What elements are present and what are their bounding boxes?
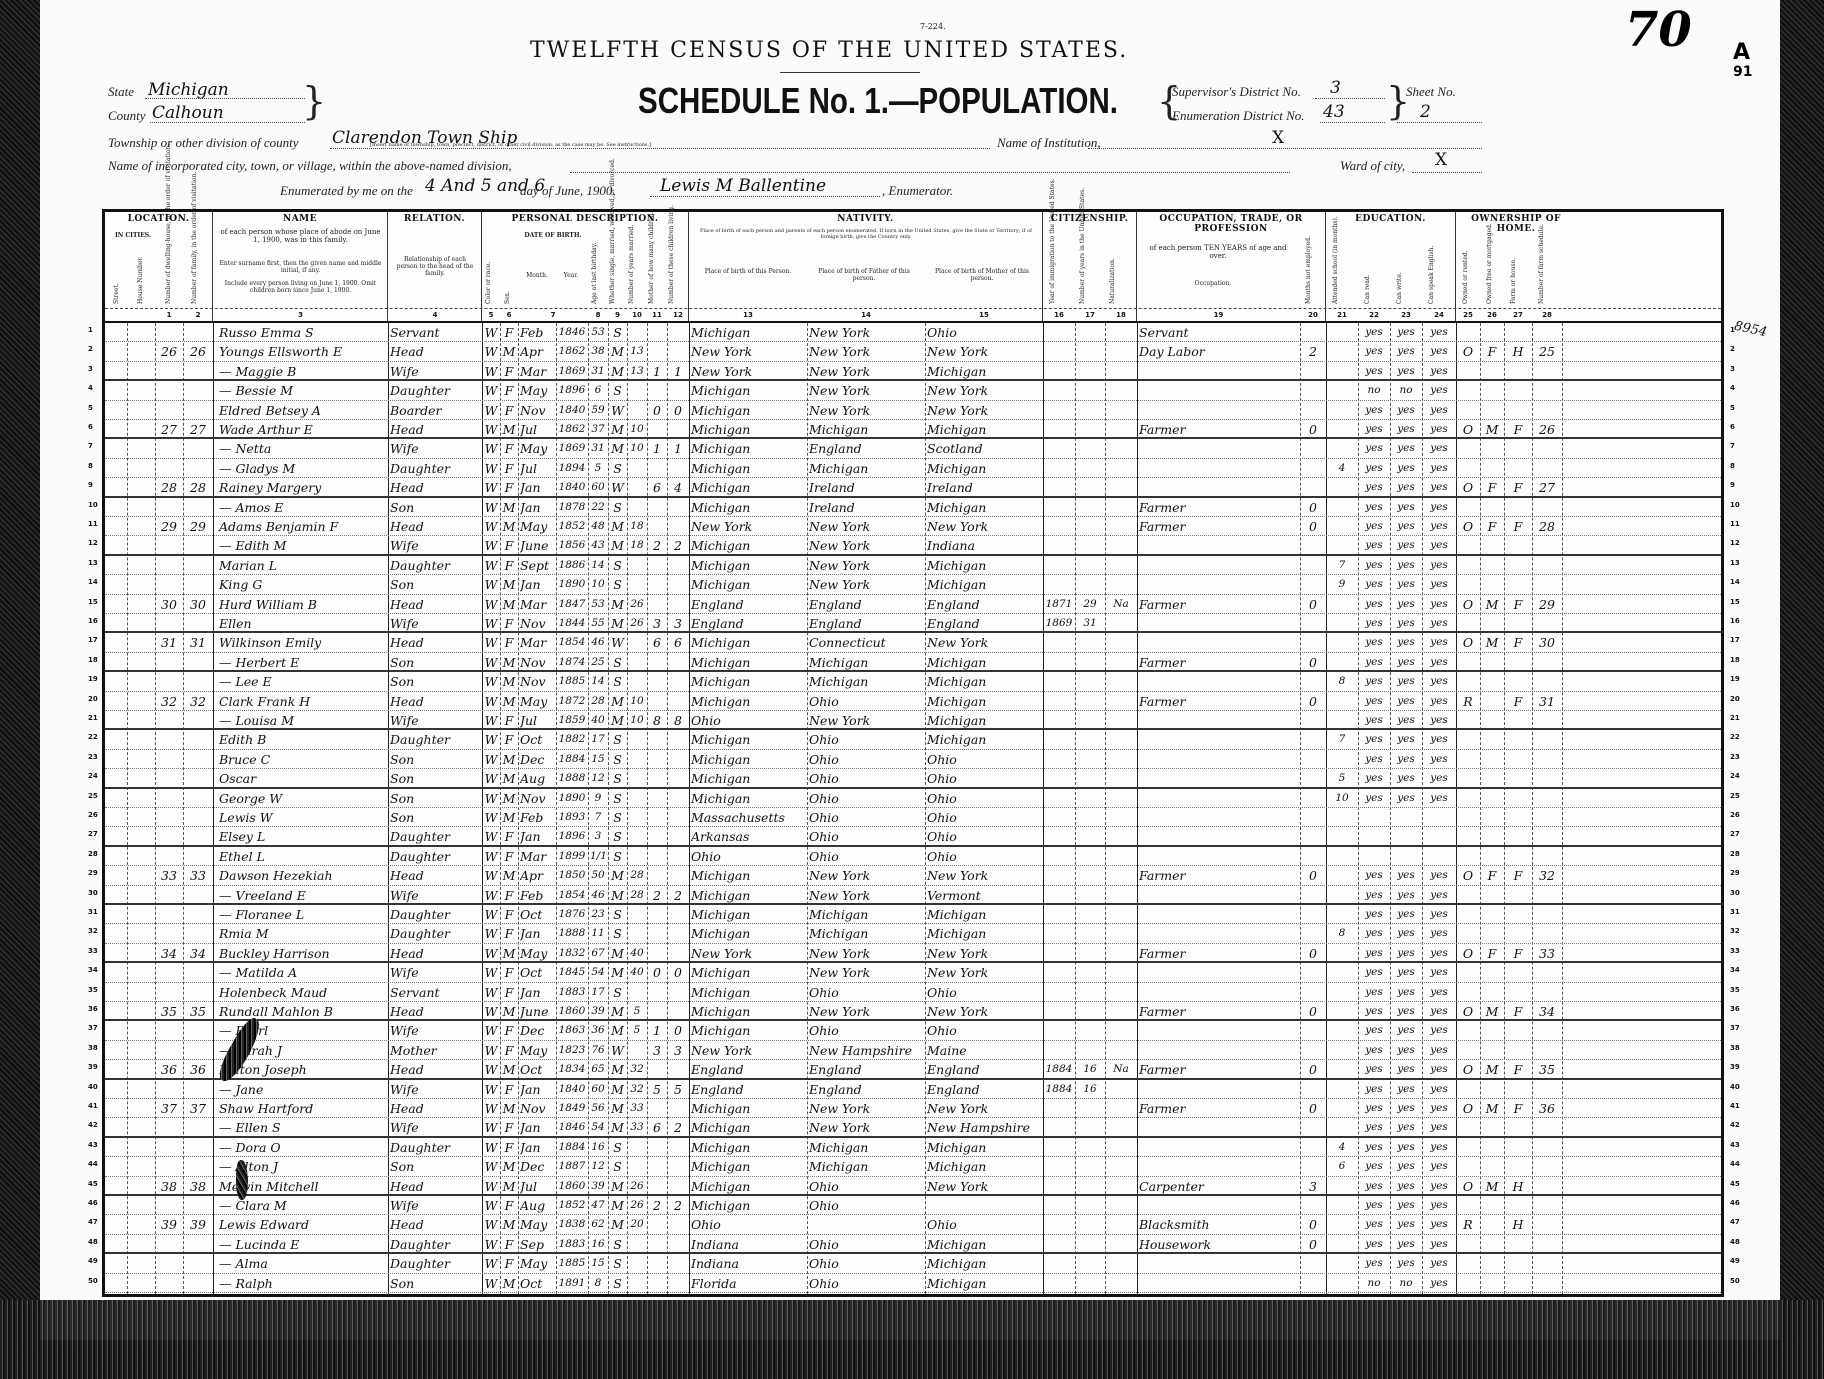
- farm-schedule-number: [1534, 711, 1560, 730]
- dwelling-number: [157, 614, 181, 633]
- years-in-us: [1077, 924, 1103, 943]
- can-speak-english: yes: [1424, 866, 1454, 885]
- dwelling-number: [157, 808, 181, 827]
- relation: Head: [390, 420, 480, 439]
- family-number: [185, 575, 211, 594]
- state-county-brace: }: [302, 82, 326, 120]
- ink-blot: [236, 1160, 248, 1200]
- free-mortgaged: F: [1482, 944, 1502, 963]
- immigration-year: [1045, 1118, 1073, 1137]
- ed-label: Enumeration District No.: [1172, 108, 1305, 124]
- can-speak-english: yes: [1424, 789, 1454, 808]
- birthplace-mother: Michigan: [927, 498, 1041, 517]
- birth-month: Nov: [520, 401, 554, 420]
- owned-rented: [1458, 963, 1478, 982]
- mother-of-children: [649, 556, 665, 575]
- dwelling-number: [157, 711, 181, 730]
- relation: Wife: [390, 1118, 480, 1137]
- relation: Daughter: [390, 556, 480, 575]
- color-race: W: [484, 1235, 498, 1254]
- can-speak-english: [1424, 808, 1454, 827]
- marital-status: S: [610, 924, 625, 943]
- children-living: [669, 420, 687, 439]
- ed-value: 43: [1323, 102, 1345, 122]
- column-number: 26: [1480, 311, 1504, 319]
- farm-house: [1506, 1138, 1530, 1157]
- children-living: 2: [669, 886, 687, 905]
- can-write: yes: [1392, 1118, 1420, 1137]
- occupation: [1139, 750, 1298, 769]
- birthplace-person: Michigan: [691, 1196, 805, 1215]
- line-number-right: 41: [1730, 1102, 1740, 1110]
- birth-year: 1849: [558, 1099, 586, 1118]
- family-number: [185, 1274, 211, 1293]
- can-read: yes: [1360, 1021, 1388, 1040]
- sex: F: [502, 556, 516, 575]
- marital-status: S: [610, 381, 625, 400]
- birth-month: May: [520, 1041, 554, 1060]
- column-number: 5: [482, 311, 500, 319]
- birth-year: 1869: [558, 439, 586, 458]
- farm-schedule-number: [1534, 886, 1560, 905]
- age: 31: [590, 362, 606, 381]
- line-number-left: 43: [88, 1141, 98, 1149]
- line-number-left: 12: [88, 539, 98, 547]
- naturalization: [1107, 750, 1135, 769]
- occupation: [1139, 1041, 1298, 1060]
- table-row: Eldred Betsey ABoarderWFNov184059W00Mich…: [105, 401, 1721, 420]
- dwelling-number: [157, 459, 181, 478]
- age: 39: [590, 1177, 606, 1196]
- birthplace-person: Michigan: [691, 905, 805, 924]
- birthplace-father: New York: [809, 1002, 923, 1021]
- age: 17: [590, 983, 606, 1002]
- immigration-year: [1045, 789, 1073, 808]
- farm-schedule-number: 29: [1534, 595, 1560, 614]
- relation: Daughter: [390, 381, 480, 400]
- can-write: yes: [1392, 886, 1420, 905]
- birthplace-mother: Maine: [927, 1041, 1041, 1060]
- farm-house: [1506, 498, 1530, 517]
- birthplace-father: Ohio: [809, 808, 923, 827]
- months-unemployed: [1302, 536, 1324, 555]
- mother-of-children: 1: [649, 362, 665, 381]
- column-number: 11: [647, 311, 667, 319]
- can-read: yes: [1360, 459, 1388, 478]
- immigration-year: [1045, 556, 1073, 575]
- table-row: — Ellen SWifeWFJan184654M3362MichiganNew…: [105, 1118, 1721, 1137]
- can-write: yes: [1392, 1138, 1420, 1157]
- birth-month: Jan: [520, 1138, 554, 1157]
- children-living: [669, 1138, 687, 1157]
- owned-rented: [1458, 672, 1478, 691]
- birthplace-person: England: [691, 614, 805, 633]
- line-number-right: 2: [1730, 345, 1735, 353]
- line-number-left: 11: [88, 520, 98, 528]
- marital-status: M: [610, 711, 625, 730]
- attended-school: 6: [1328, 1157, 1356, 1176]
- children-living: [669, 924, 687, 943]
- can-speak-english: yes: [1424, 1080, 1454, 1099]
- can-speak-english: yes: [1424, 536, 1454, 555]
- can-write: yes: [1392, 323, 1420, 342]
- years-in-us: [1077, 847, 1103, 866]
- line-number-left: 46: [88, 1199, 98, 1207]
- children-living: [669, 323, 687, 342]
- years-married: 13: [629, 342, 645, 361]
- occupation: [1139, 556, 1298, 575]
- dwelling-number: [157, 1157, 181, 1176]
- birthplace-mother: Michigan: [927, 924, 1041, 943]
- birthplace-father: Ohio: [809, 750, 923, 769]
- birth-month: Nov: [520, 789, 554, 808]
- line-number-left: 20: [88, 695, 98, 703]
- naturalization: [1107, 420, 1135, 439]
- line-number-left: 49: [88, 1257, 98, 1265]
- birth-month: Feb: [520, 323, 554, 342]
- months-unemployed: 0: [1302, 1060, 1324, 1079]
- can-read: yes: [1360, 924, 1388, 943]
- mother-of-children: 6: [649, 478, 665, 497]
- relation: Daughter: [390, 924, 480, 943]
- attended-school: [1328, 653, 1356, 672]
- years-in-us: [1077, 381, 1103, 400]
- birthplace-father: Ohio: [809, 769, 923, 788]
- city-line: [570, 172, 1290, 173]
- ward-label: Ward of city,: [1340, 158, 1405, 174]
- birthplace-mother: New York: [927, 381, 1041, 400]
- children-living: [669, 730, 687, 749]
- marital-status: W: [610, 478, 625, 497]
- can-read: yes: [1360, 1099, 1388, 1118]
- marital-status: S: [610, 323, 625, 342]
- birthplace-mother: New York: [927, 517, 1041, 536]
- can-speak-english: [1424, 847, 1454, 866]
- attended-school: [1328, 886, 1356, 905]
- months-unemployed: [1302, 362, 1324, 381]
- owned-rented: [1458, 362, 1478, 381]
- owned-rented: O: [1458, 595, 1478, 614]
- marital-status: W: [610, 401, 625, 420]
- line-number-left: 25: [88, 792, 98, 800]
- occupation: Housework: [1139, 1235, 1298, 1254]
- can-write: yes: [1392, 924, 1420, 943]
- years-in-us: [1077, 750, 1103, 769]
- relation: Wife: [390, 1196, 480, 1215]
- sex: F: [502, 439, 516, 458]
- column-number: 17: [1075, 311, 1105, 319]
- sex: F: [502, 827, 516, 846]
- line-number-right: 28: [1730, 850, 1740, 858]
- marital-status: M: [610, 866, 625, 885]
- line-number-right: 14: [1730, 578, 1740, 586]
- mother-of-children: 6: [649, 1118, 665, 1137]
- age: 10: [590, 575, 606, 594]
- years-in-us: [1077, 963, 1103, 982]
- years-in-us: [1077, 633, 1103, 652]
- farm-house: [1506, 827, 1530, 846]
- naturalization: [1107, 1041, 1135, 1060]
- dwelling-number: [157, 575, 181, 594]
- months-unemployed: 0: [1302, 498, 1324, 517]
- column-number: 2: [183, 311, 213, 319]
- table-row: Edith BDaughterWFOct188217SMichiganOhioM…: [105, 730, 1721, 749]
- immigration-year: [1045, 401, 1073, 420]
- family-number: [185, 1138, 211, 1157]
- table-row: 2626Youngs Ellsworth EHeadWMApr186238M13…: [105, 342, 1721, 361]
- color-race: W: [484, 614, 498, 633]
- can-speak-english: yes: [1424, 1021, 1454, 1040]
- color-race: W: [484, 944, 498, 963]
- naturalization: [1107, 1215, 1135, 1234]
- farm-schedule-number: 36: [1534, 1099, 1560, 1118]
- free-mortgaged: [1482, 439, 1502, 458]
- years-married: 26: [629, 614, 645, 633]
- dwelling-number: [157, 1254, 181, 1273]
- attended-school: [1328, 478, 1356, 497]
- occupation: Farmer: [1139, 944, 1298, 963]
- children-living: 6: [669, 633, 687, 652]
- children-living: [669, 575, 687, 594]
- color-race: W: [484, 633, 498, 652]
- can-read: [1360, 808, 1388, 827]
- sex: M: [502, 575, 516, 594]
- column-number: 23: [1390, 311, 1422, 319]
- immigration-year: [1045, 633, 1073, 652]
- mother-of-children: [649, 1138, 665, 1157]
- line-number-right: 50: [1730, 1277, 1740, 1285]
- line-number-right: 47: [1730, 1218, 1740, 1226]
- farm-house: [1506, 401, 1530, 420]
- form-header: 7-224. TWELFTH CENSUS OF THE UNITED STAT…: [40, 0, 1780, 210]
- township-line: [330, 148, 990, 149]
- months-unemployed: [1302, 672, 1324, 691]
- farm-house: H: [1506, 342, 1530, 361]
- farm-house: H: [1506, 1215, 1530, 1234]
- dwelling-number: [157, 401, 181, 420]
- birthplace-mother: Ohio: [927, 847, 1041, 866]
- can-write: yes: [1392, 1060, 1420, 1079]
- immigration-year: [1045, 517, 1073, 536]
- immigration-year: [1045, 944, 1073, 963]
- years-in-us: [1077, 730, 1103, 749]
- birthplace-mother: Michigan: [927, 730, 1041, 749]
- family-number: [185, 789, 211, 808]
- years-married: [629, 905, 645, 924]
- years-married: [629, 653, 645, 672]
- birth-month: Sep: [520, 1235, 554, 1254]
- marital-status: S: [610, 556, 625, 575]
- mother-of-children: 2: [649, 1196, 665, 1215]
- color-race: W: [484, 342, 498, 361]
- birthplace-person: Michigan: [691, 1118, 805, 1137]
- farm-schedule-number: [1534, 614, 1560, 633]
- farm-house: F: [1506, 595, 1530, 614]
- marital-status: S: [610, 750, 625, 769]
- family-number: [185, 401, 211, 420]
- can-speak-english: yes: [1424, 517, 1454, 536]
- owned-rented: [1458, 1021, 1478, 1040]
- months-unemployed: [1302, 1080, 1324, 1099]
- line-number-right: 30: [1730, 889, 1740, 897]
- can-write: yes: [1392, 459, 1420, 478]
- years-married: [629, 1138, 645, 1157]
- person-name: — Dora O: [215, 1138, 390, 1157]
- relation: Son: [390, 750, 480, 769]
- line-number-left: 18: [88, 656, 98, 664]
- farm-schedule-number: [1534, 924, 1560, 943]
- naturalization: [1107, 944, 1135, 963]
- marital-status: W: [610, 1041, 625, 1060]
- owned-rented: [1458, 1196, 1478, 1215]
- years-married: [629, 323, 645, 342]
- birthplace-person: Michigan: [691, 886, 805, 905]
- color-race: W: [484, 866, 498, 885]
- children-living: [669, 866, 687, 885]
- census-title: TWELFTH CENSUS OF THE UNITED STATES.: [530, 38, 1330, 63]
- age: 14: [590, 672, 606, 691]
- sheet-label: Sheet No.: [1406, 84, 1456, 100]
- occupation: [1139, 1021, 1298, 1040]
- can-speak-english: yes: [1424, 575, 1454, 594]
- years-in-us: [1077, 653, 1103, 672]
- person-name: Lewis Edward: [215, 1215, 390, 1234]
- color-race: W: [484, 362, 498, 381]
- farm-schedule-number: [1534, 1021, 1560, 1040]
- birthplace-father: England: [809, 1080, 923, 1099]
- can-read: yes: [1360, 439, 1388, 458]
- sex: M: [502, 517, 516, 536]
- farm-schedule-number: [1534, 1041, 1560, 1060]
- column-number: 3: [213, 311, 388, 319]
- enumerator-name: Lewis M Ballentine: [660, 176, 826, 196]
- free-mortgaged: [1482, 963, 1502, 982]
- immigration-year: [1045, 1041, 1073, 1060]
- years-married: [629, 1235, 645, 1254]
- free-mortgaged: [1482, 983, 1502, 1002]
- immigration-year: [1045, 1002, 1073, 1021]
- line-number-right: 13: [1730, 559, 1740, 567]
- line-number-left: 3: [88, 365, 93, 373]
- can-read: yes: [1360, 362, 1388, 381]
- can-speak-english: yes: [1424, 498, 1454, 517]
- birth-month: Apr: [520, 866, 554, 885]
- color-race: W: [484, 517, 498, 536]
- mother-of-children: [649, 692, 665, 711]
- sex: M: [502, 1274, 516, 1293]
- attended-school: [1328, 1235, 1356, 1254]
- naturalization: [1107, 692, 1135, 711]
- years-married: 26: [629, 1177, 645, 1196]
- farm-schedule-number: [1534, 556, 1560, 575]
- immigration-year: 1869: [1045, 614, 1073, 633]
- birth-year: 1874: [558, 653, 586, 672]
- years-married: [629, 730, 645, 749]
- birth-month: Jul: [520, 711, 554, 730]
- attended-school: [1328, 536, 1356, 555]
- table-row: — Amos ESonWMJan187822SMichiganIrelandMi…: [105, 498, 1721, 517]
- naturalization: [1107, 886, 1135, 905]
- immigration-year: [1045, 1196, 1073, 1215]
- family-number: [185, 808, 211, 827]
- birthplace-mother: Michigan: [927, 905, 1041, 924]
- occupation: [1139, 886, 1298, 905]
- naturalization: [1107, 362, 1135, 381]
- occupation: [1139, 827, 1298, 846]
- family-number: 31: [185, 633, 211, 652]
- sex: M: [502, 1157, 516, 1176]
- months-unemployed: [1302, 614, 1324, 633]
- line-number-right: 31: [1730, 908, 1740, 916]
- farm-house: H: [1506, 1177, 1530, 1196]
- immigration-year: [1045, 459, 1073, 478]
- birth-year: 1863: [558, 1021, 586, 1040]
- relation: Head: [390, 1099, 480, 1118]
- enumerated-suffix: day of June, 1900,: [520, 183, 616, 199]
- person-name: Rundall Mahlon B: [215, 1002, 390, 1021]
- immigration-year: [1045, 323, 1073, 342]
- attended-school: [1328, 381, 1356, 400]
- marital-status: S: [610, 808, 625, 827]
- farm-schedule-number: [1534, 808, 1560, 827]
- table-row: George WSonWMNov18909SMichiganOhioOhio10…: [105, 789, 1721, 808]
- can-write: yes: [1392, 478, 1420, 497]
- person-name: Wilkinson Emily: [215, 633, 390, 652]
- person-name: — Matilda A: [215, 963, 390, 982]
- years-in-us: 16: [1077, 1060, 1103, 1079]
- relation: Wife: [390, 439, 480, 458]
- mother-of-children: [649, 905, 665, 924]
- birth-year: 1845: [558, 963, 586, 982]
- owned-rented: O: [1458, 517, 1478, 536]
- color-race: W: [484, 1196, 498, 1215]
- sex: F: [502, 633, 516, 652]
- marital-status: M: [610, 595, 625, 614]
- family-number: 34: [185, 944, 211, 963]
- birthplace-person: Ohio: [691, 1215, 805, 1234]
- age: 25: [590, 653, 606, 672]
- color-race: W: [484, 983, 498, 1002]
- birth-month: Jan: [520, 924, 554, 943]
- years-in-us: 31: [1077, 614, 1103, 633]
- attended-school: [1328, 827, 1356, 846]
- relation: Wife: [390, 1080, 480, 1099]
- can-read: yes: [1360, 478, 1388, 497]
- years-married: [629, 575, 645, 594]
- dwelling-number: 29: [157, 517, 181, 536]
- naturalization: [1107, 847, 1135, 866]
- can-write: yes: [1392, 1021, 1420, 1040]
- attended-school: [1328, 905, 1356, 924]
- years-in-us: [1077, 1215, 1103, 1234]
- birthplace-person: Michigan: [691, 1021, 805, 1040]
- birthplace-father: New York: [809, 944, 923, 963]
- person-name: George W: [215, 789, 390, 808]
- sex: F: [502, 362, 516, 381]
- marital-status: M: [610, 1215, 625, 1234]
- farm-schedule-number: [1534, 575, 1560, 594]
- sex: F: [502, 1080, 516, 1099]
- age: 15: [590, 750, 606, 769]
- table-row: — Floranee LDaughterWFOct187623SMichigan…: [105, 905, 1721, 924]
- birthplace-mother: England: [927, 1060, 1041, 1079]
- birthplace-mother: Michigan: [927, 420, 1041, 439]
- birthplace-father: Ireland: [809, 498, 923, 517]
- attended-school: [1328, 1274, 1356, 1293]
- color-race: W: [484, 924, 498, 943]
- sex: F: [502, 924, 516, 943]
- dwelling-number: [157, 1041, 181, 1060]
